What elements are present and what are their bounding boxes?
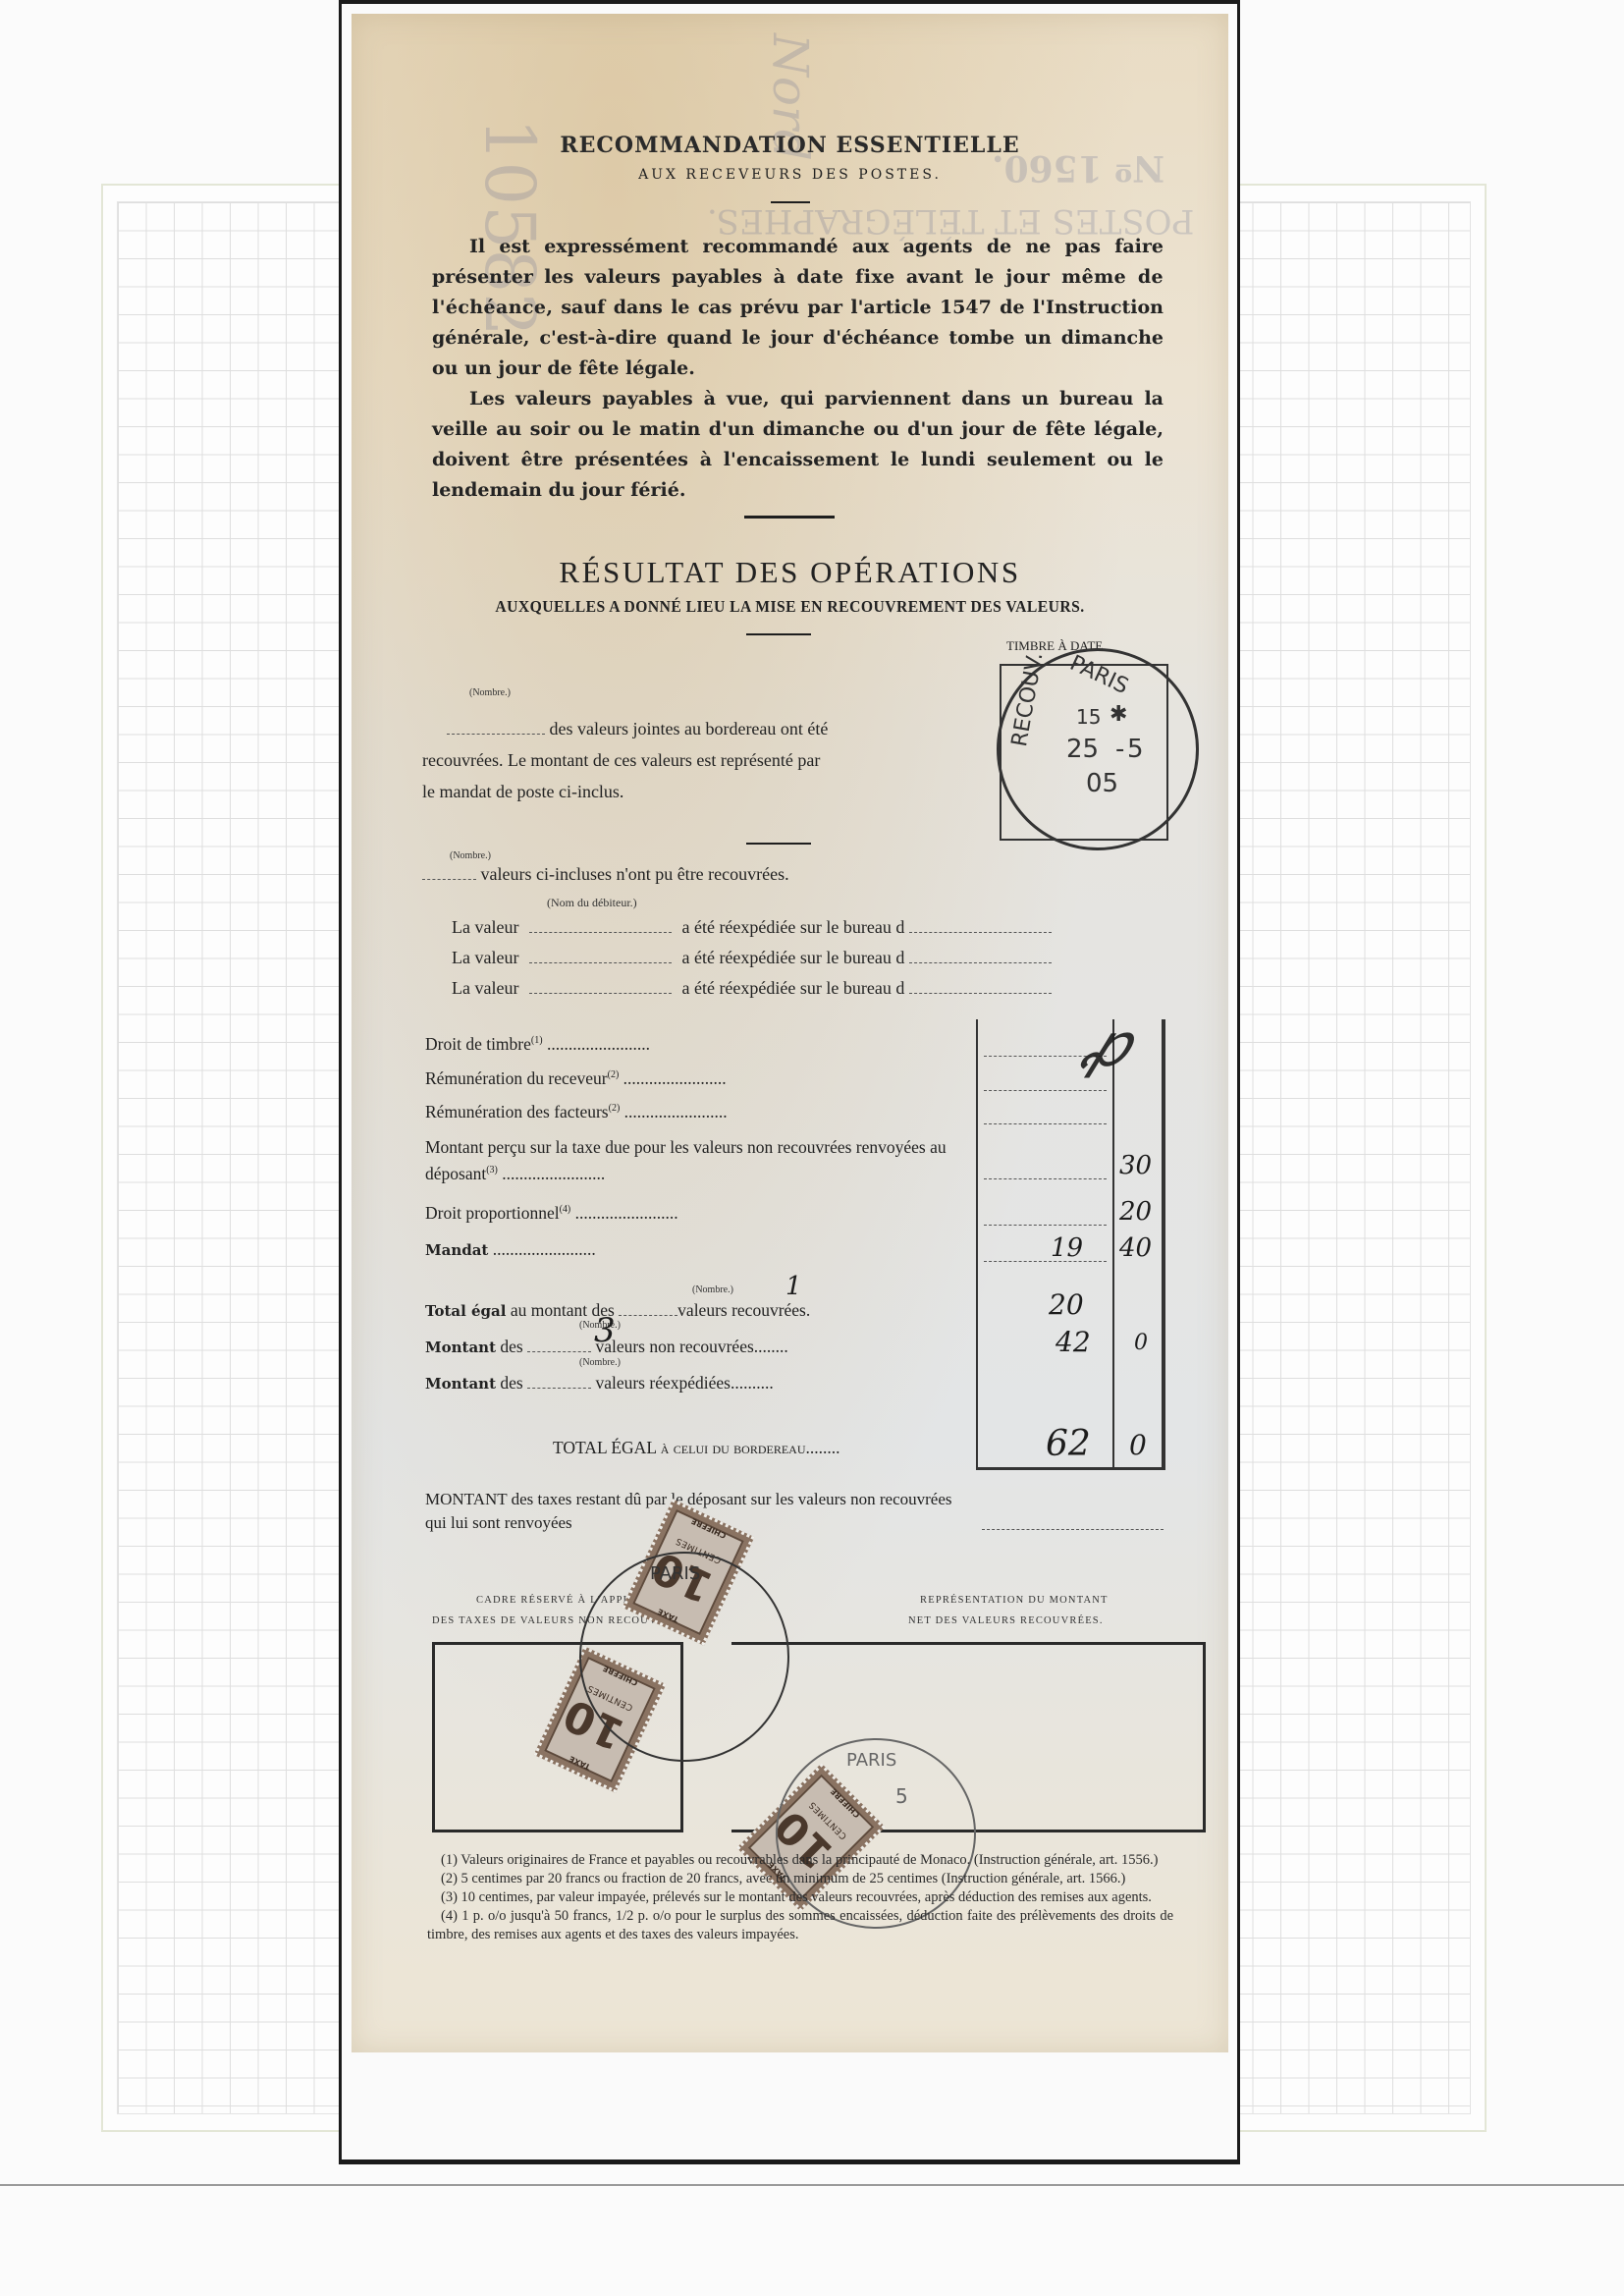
recommendation-title: RECOMMANDATION ESSENTIELLE — [352, 133, 1228, 158]
handwritten-count: 1 — [785, 1272, 802, 1301]
grand-total-francs: 62 — [1046, 1424, 1091, 1464]
not-recovered-centimes: 0 — [1134, 1331, 1148, 1355]
nombre-label: (Nombre.) — [579, 1357, 621, 1368]
divider — [771, 201, 810, 203]
recovered-count-field[interactable] — [447, 734, 545, 735]
total-recovered-row: Total égal au montant des valeurs recouv… — [425, 1300, 810, 1321]
table-divider — [1162, 1019, 1165, 1469]
handwritten-count: 3 — [594, 1311, 616, 1350]
not-recovered-count-field[interactable] — [422, 879, 476, 880]
handwritten-francs: 19 — [1051, 1233, 1083, 1263]
divider — [746, 843, 811, 845]
taxes-due-field[interactable] — [982, 1529, 1164, 1531]
paragraph-2: Les valeurs payables à vue, qui parvienn… — [432, 384, 1164, 506]
footnote-1: (1) Valeurs originaires de France et pay… — [427, 1851, 1173, 1870]
account-row: Droit de timbre(1) .....................… — [425, 1034, 650, 1055]
grand-total-row: TOTAL ÉGAL à celui du bordereau........ — [553, 1438, 840, 1458]
reexpedited-amount-row: Montant des valeurs réexpédiées.........… — [425, 1373, 774, 1394]
footnote-3: (3) 10 centimes, par valeur impayée, pré… — [427, 1888, 1173, 1907]
account-row: Droit proportionnel(4) .................… — [425, 1203, 678, 1224]
account-row: Mandat ........................ — [425, 1239, 596, 1260]
reexpedited-row-1: La valeur a été réexpédiée sur le bureau… — [452, 917, 1052, 938]
recovered-line-1: des valeurs jointes au bordereau ont été — [447, 719, 828, 739]
nombre-label: (Nombre.) — [469, 687, 511, 698]
office-field[interactable] — [909, 962, 1052, 963]
account-row: Montant perçu sur la taxe due pour les v… — [425, 1135, 975, 1185]
table-bottom — [976, 1467, 1165, 1470]
recommendation-subtitle: AUX RECEVEURS DES POSTES. — [352, 167, 1228, 183]
amount-field[interactable] — [984, 1178, 1107, 1180]
album-grid-right — [1208, 184, 1487, 2132]
amount-field[interactable] — [984, 1090, 1107, 1092]
office-field[interactable] — [909, 993, 1052, 994]
postmark-cancel: PARIS — [579, 1552, 789, 1762]
reexpedited-row-3: La valeur a été réexpédiée sur le bureau… — [452, 978, 1052, 999]
handwritten-centimes: 40 — [1119, 1233, 1152, 1263]
postmark-paris-recouv: PARIS RECOUV. 15 ✱ 25 - 5 05 — [997, 648, 1199, 850]
not-recovered-line: valeurs ci-incluses n'ont pu être recouv… — [422, 864, 789, 885]
amount-field[interactable] — [984, 1225, 1107, 1227]
handwritten-centimes: 20 — [1119, 1197, 1152, 1227]
table-divider — [976, 1019, 978, 1469]
table-divider — [1112, 1019, 1114, 1469]
nombre-label: (Nombre.) — [450, 850, 491, 861]
result-subtitle: AUXQUELLES A DONNÉ LIEU LA MISE EN RECOU… — [387, 597, 1194, 617]
cadre-right-caption-1: REPRÉSENTATION DU MONTANT — [920, 1595, 1109, 1606]
amount-field[interactable] — [984, 1123, 1107, 1125]
account-row: Rémunération du receveur(2) ............… — [425, 1068, 727, 1089]
recommendation-text: Il est expressément recommandé aux agent… — [432, 232, 1164, 506]
account-row: Rémunération des facteurs(2) ...........… — [425, 1102, 728, 1122]
amount-field[interactable] — [984, 1261, 1107, 1263]
office-field[interactable] — [909, 932, 1052, 933]
recovered-line-3: le mandat de poste ci-inclus. — [422, 782, 623, 802]
paragraph-1: Il est expressément recommandé aux agent… — [432, 232, 1164, 384]
debtor-name-field[interactable] — [529, 993, 672, 994]
divider — [746, 633, 811, 635]
recovered-line-2: recouvrées. Le montant de ces valeurs es… — [422, 750, 820, 771]
nombre-label: (Nombre.) — [692, 1285, 733, 1295]
result-title: RÉSULTAT DES OPÉRATIONS — [352, 555, 1228, 590]
cadre-right-caption-2: NET DES VALEURS RECOUVRÉES. — [908, 1615, 1104, 1626]
footnote-2: (2) 5 centimes par 20 francs ou fraction… — [427, 1870, 1173, 1888]
debtor-label: (Nom du débiteur.) — [547, 896, 637, 910]
divider — [744, 516, 835, 519]
handwritten-centimes: 30 — [1119, 1151, 1152, 1180]
footnote-4: (4) 1 p. o/o jusqu'à 50 francs, 1/2 p. o… — [427, 1907, 1173, 1944]
footnotes: (1) Valeurs originaires de France et pay… — [427, 1851, 1173, 1944]
reexpedited-row-2: La valeur a été réexpédiée sur le bureau… — [452, 948, 1052, 968]
debtor-name-field[interactable] — [529, 962, 672, 963]
not-recovered-francs: 42 — [1056, 1326, 1091, 1358]
debtor-name-field[interactable] — [529, 932, 672, 933]
album-page-rule — [0, 2184, 1624, 2186]
total-recovered-francs: 20 — [1049, 1288, 1084, 1321]
grand-total-centimes: 0 — [1129, 1429, 1147, 1461]
